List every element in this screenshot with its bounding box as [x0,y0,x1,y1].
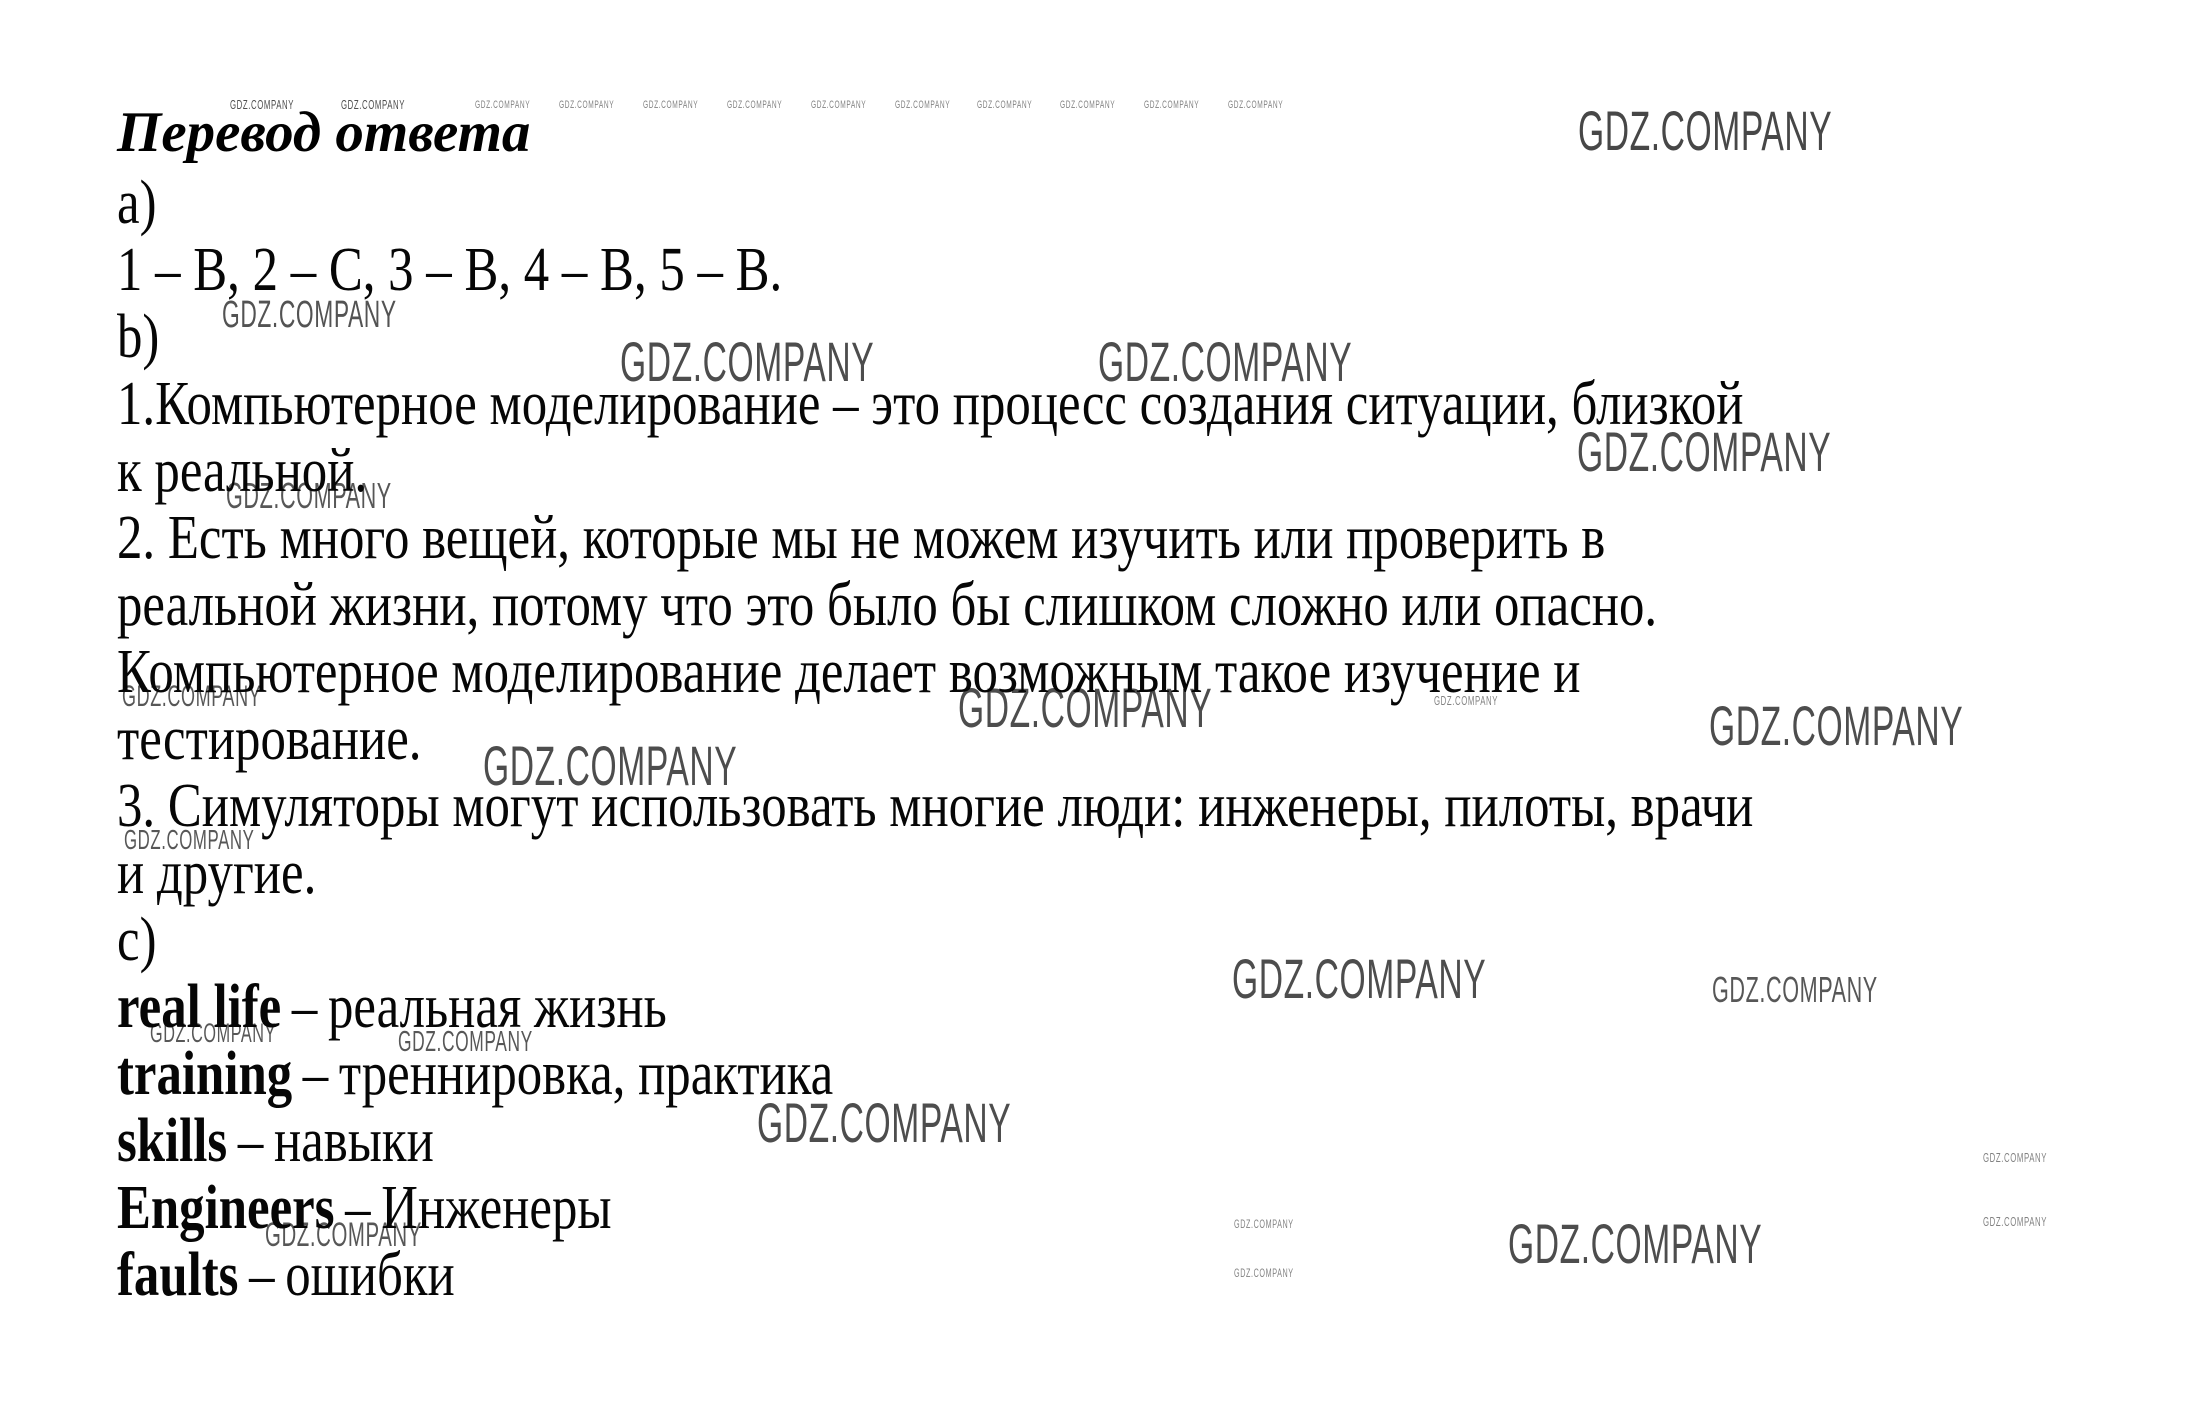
vocab-definition: треннировка, практика [339,1040,833,1108]
page-title: Перевод ответа [117,96,2203,170]
answer-body: a) 1 – B, 2 – C, 3 – B, 4 – B, 5 – B. b)… [117,170,2126,1309]
translation-line: к реальной. [117,438,2126,505]
section-a-label: a) [117,170,2126,237]
vocab-entry: Engineers–Инженеры [117,1175,2126,1242]
translation-line: Компьютерное моделирование делает возмож… [117,639,2126,706]
dash-separator: – [238,1107,263,1175]
section-b-label: b) [117,304,2126,371]
dash-separator: – [249,1241,274,1309]
translation-line: 2. Есть много вещей, которые мы не можем… [117,505,2126,572]
vocab-definition: ошибки [285,1241,455,1309]
dash-separator: – [303,1040,328,1108]
answer-content: Перевод ответа a) 1 – B, 2 – C, 3 – B, 4… [117,96,2203,1309]
dash-separator: – [292,973,317,1041]
vocab-term: training [117,1040,292,1108]
translation-line: и другие. [117,840,2126,907]
translation-line: 1.Компьютерное моделирование – это проце… [117,371,2126,438]
vocab-definition: Инженеры [381,1174,611,1242]
vocab-term: faults [117,1241,238,1309]
section-c-vocabulary: real life–реальная жизньtraining–треннир… [117,974,2126,1309]
translation-line: 3. Симуляторы могут использовать многие … [117,773,2126,840]
vocab-definition: навыки [274,1107,434,1175]
vocab-entry: skills–навыки [117,1108,2126,1175]
vocab-term: skills [117,1107,227,1175]
vocab-entry: training–треннировка, практика [117,1041,2126,1108]
section-c-label: c) [117,907,2126,974]
translation-line: реальной жизни, потому что это было бы с… [117,572,2126,639]
answer-sheet-page: GDZ.COMPANYGDZ.COMPANYGDZ.COMPANYGDZ.COM… [0,0,2203,1415]
vocab-entry: faults–ошибки [117,1242,2126,1309]
section-b-translations: 1.Компьютерное моделирование – это проце… [117,371,2126,907]
vocab-entry: real life–реальная жизнь [117,974,2126,1041]
vocab-term: real life [117,973,281,1041]
translation-line: тестирование. [117,706,2126,773]
vocab-term: Engineers [117,1174,334,1242]
vocab-definition: реальная жизнь [328,973,667,1041]
dash-separator: – [345,1174,370,1242]
section-a-answers: 1 – B, 2 – C, 3 – B, 4 – B, 5 – B. [117,237,2126,304]
